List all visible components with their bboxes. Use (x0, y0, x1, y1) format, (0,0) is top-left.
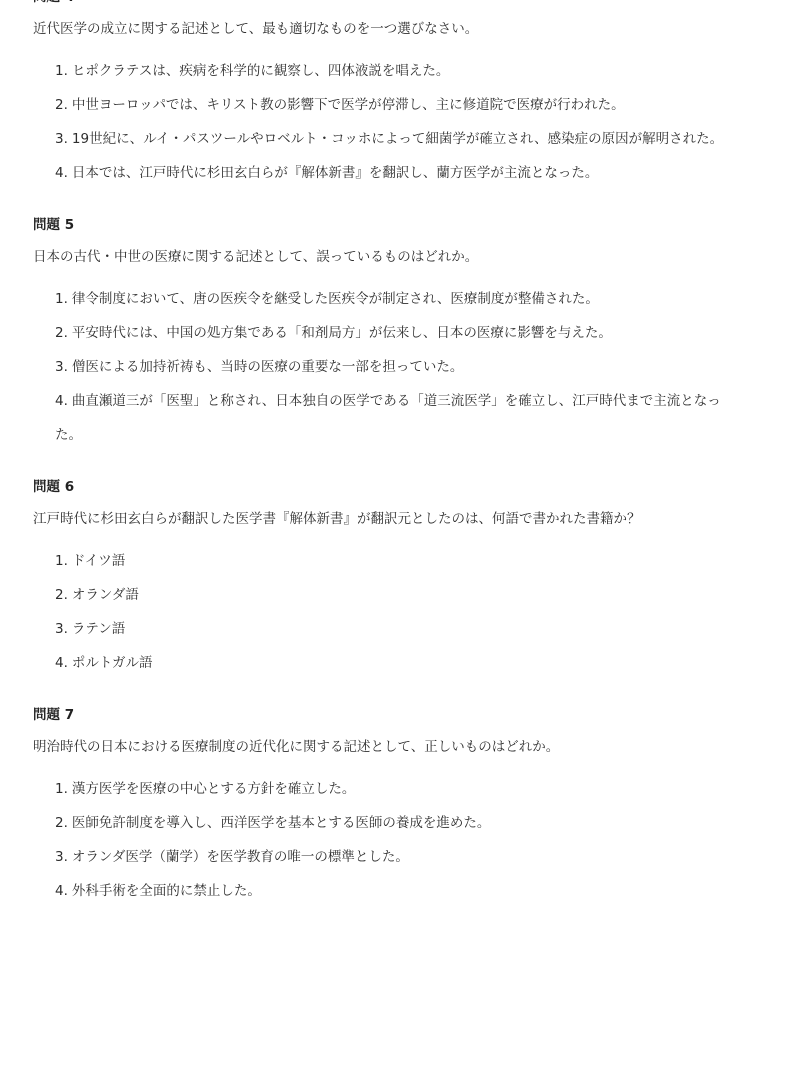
choice-item: 1.律令制度において、唐の医疾令を継受した医疾令が制定され、医療制度が整備された… (55, 282, 766, 316)
choice-list: 1.律令制度において、唐の医疾令を継受した医疾令が制定され、医療制度が整備された… (33, 282, 766, 452)
choice-text: 外科手術を全面的に禁止した。 (72, 883, 261, 899)
choice-list: 1.ドイツ語 2.オランダ語 3.ラテン語 4.ポルトガル語 (33, 544, 766, 680)
choice-item: 3.オランダ医学（蘭学）を医学教育の唯一の標準とした。 (55, 840, 766, 874)
choice-text: オランダ語 (72, 587, 139, 603)
choice-item: 3.ラテン語 (55, 612, 766, 646)
choice-number: 4. (55, 883, 68, 899)
choice-number: 4. (55, 393, 68, 409)
choice-item: 2.中世ヨーロッパでは、キリスト教の影響下で医学が停滞し、主に修道院で医療が行わ… (55, 88, 766, 122)
choice-text: ドイツ語 (72, 553, 125, 569)
choice-number: 3. (55, 131, 68, 147)
quiz-document: 問題 4 近代医学の成立に関する記述として、最も適切なものを一つ選びなさい。 1… (0, 0, 799, 928)
choice-text: ヒポクラテスは、疾病を科学的に観察し、四体液説を唱えた。 (72, 63, 449, 79)
choice-item: 2.オランダ語 (55, 578, 766, 612)
choice-item: 1.ヒポクラテスは、疾病を科学的に観察し、四体液説を唱えた。 (55, 54, 766, 88)
choice-item: 3.僧医による加持祈祷も、当時の医療の重要な一部を担っていた。 (55, 350, 766, 384)
question-heading: 問題 6 (33, 472, 766, 502)
choice-number: 2. (55, 97, 68, 113)
question-stem: 明治時代の日本における医療制度の近代化に関する記述として、正しいものはどれか。 (33, 730, 766, 764)
question-stem: 近代医学の成立に関する記述として、最も適切なものを一つ選びなさい。 (33, 12, 766, 46)
choice-number: 1. (55, 63, 68, 79)
question-5: 問題 5 日本の古代・中世の医療に関する記述として、誤っているものはどれか。 1… (33, 210, 766, 452)
choice-item: 4.曲直瀬道三が「医聖」と称され、日本独自の医学である「道三流医学」を確立し、江… (55, 384, 766, 452)
choice-number: 1. (55, 291, 68, 307)
question-6: 問題 6 江戸時代に杉田玄白らが翻訳した医学書『解体新書』が翻訳元としたのは、何… (33, 472, 766, 680)
choice-item: 1.漢方医学を医療の中心とする方針を確立した。 (55, 772, 766, 806)
choice-item: 3.19世紀に、ルイ・パスツールやロベルト・コッホによって細菌学が確立され、感染… (55, 122, 766, 156)
choice-text: 中世ヨーロッパでは、キリスト教の影響下で医学が停滞し、主に修道院で医療が行われた… (72, 97, 625, 113)
choice-number: 4. (55, 165, 68, 181)
choice-text: ラテン語 (72, 621, 125, 637)
choice-number: 3. (55, 849, 68, 865)
choice-text: 平安時代には、中国の処方集である「和剤局方」が伝来し、日本の医療に影響を与えた。 (72, 325, 612, 341)
choice-item: 2.医師免許制度を導入し、西洋医学を基本とする医師の養成を進めた。 (55, 806, 766, 840)
choice-number: 3. (55, 621, 68, 637)
choice-text: 曲直瀬道三が「医聖」と称され、日本独自の医学である「道三流医学」を確立し、江戸時… (55, 393, 721, 443)
choice-text: 医師免許制度を導入し、西洋医学を基本とする医師の養成を進めた。 (72, 815, 491, 831)
choice-text: 日本では、江戸時代に杉田玄白らが『解体新書』を翻訳し、蘭方医学が主流となった。 (72, 165, 599, 181)
question-stem: 江戸時代に杉田玄白らが翻訳した医学書『解体新書』が翻訳元としたのは、何語で書かれ… (33, 502, 766, 536)
choice-number: 2. (55, 587, 68, 603)
choice-number: 4. (55, 655, 68, 671)
choice-item: 4.外科手術を全面的に禁止した。 (55, 874, 766, 908)
choice-text: 僧医による加持祈祷も、当時の医療の重要な一部を担っていた。 (72, 359, 464, 375)
choice-list: 1.ヒポクラテスは、疾病を科学的に観察し、四体液説を唱えた。 2.中世ヨーロッパ… (33, 54, 766, 190)
choice-item: 2.平安時代には、中国の処方集である「和剤局方」が伝来し、日本の医療に影響を与え… (55, 316, 766, 350)
choice-number: 3. (55, 359, 68, 375)
choice-number: 1. (55, 553, 68, 569)
choice-number: 2. (55, 815, 68, 831)
choice-item: 4.日本では、江戸時代に杉田玄白らが『解体新書』を翻訳し、蘭方医学が主流となった… (55, 156, 766, 190)
choice-number: 2. (55, 325, 68, 341)
choice-text: 律令制度において、唐の医疾令を継受した医疾令が制定され、医療制度が整備された。 (72, 291, 599, 307)
question-4: 問題 4 近代医学の成立に関する記述として、最も適切なものを一つ選びなさい。 1… (33, 0, 766, 190)
question-stem: 日本の古代・中世の医療に関する記述として、誤っているものはどれか。 (33, 240, 766, 274)
choice-list: 1.漢方医学を医療の中心とする方針を確立した。 2.医師免許制度を導入し、西洋医… (33, 772, 766, 908)
choice-item: 4.ポルトガル語 (55, 646, 766, 680)
choice-text: オランダ医学（蘭学）を医学教育の唯一の標準とした。 (72, 849, 409, 865)
question-heading: 問題 4 (33, 0, 766, 12)
choice-item: 1.ドイツ語 (55, 544, 766, 578)
question-7: 問題 7 明治時代の日本における医療制度の近代化に関する記述として、正しいものは… (33, 700, 766, 908)
choice-number: 1. (55, 781, 68, 797)
question-heading: 問題 7 (33, 700, 766, 730)
question-heading: 問題 5 (33, 210, 766, 240)
choice-text: 19世紀に、ルイ・パスツールやロベルト・コッホによって細菌学が確立され、感染症の… (72, 131, 723, 147)
choice-text: ポルトガル語 (72, 655, 153, 671)
choice-text: 漢方医学を医療の中心とする方針を確立した。 (72, 781, 356, 797)
